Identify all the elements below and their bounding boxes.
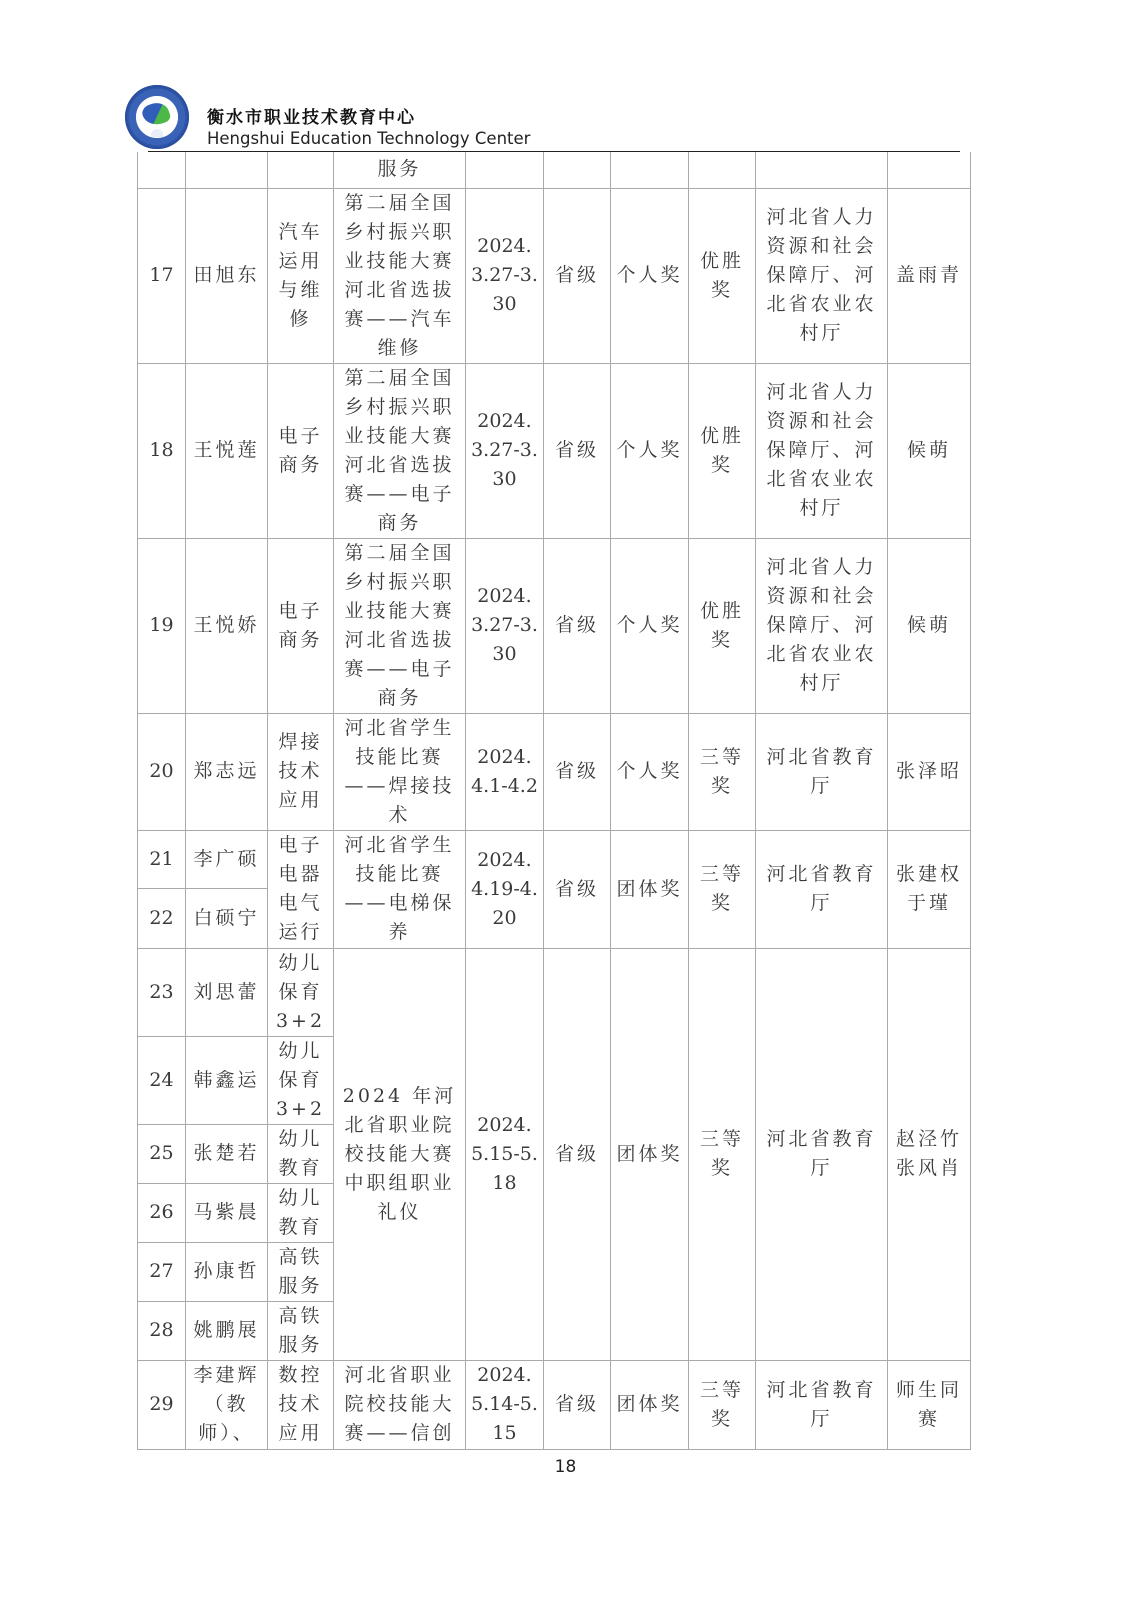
cell-issuer: 河北省教育厅 <box>756 1360 888 1449</box>
organization-name-en: Hengshui Education Technology Center <box>207 129 530 148</box>
cell-no: 17 <box>138 188 186 363</box>
cell-level: 省级 <box>544 188 611 363</box>
cell-competition: 第二届全国乡村振兴职业技能大赛河北省选拔赛——汽车维修 <box>334 188 466 363</box>
cell-date: 2024.5.14-5.15 <box>466 1360 544 1449</box>
cell-issuer: 河北省人力资源和社会保障厅、河北省农业农村厅 <box>756 538 888 713</box>
cell-teacher: 候萌 <box>888 363 971 538</box>
cell-level: 省级 <box>544 713 611 830</box>
cell-date: 2024.5.15-5.18 <box>466 948 544 1360</box>
cell-level: 省级 <box>544 1360 611 1449</box>
cell-major: 幼儿保育3+2 <box>268 948 334 1036</box>
cell-level: 省级 <box>544 538 611 713</box>
cell-level: 省级 <box>544 363 611 538</box>
cell-type <box>611 152 689 188</box>
cell-name: 李广硕 <box>186 830 268 888</box>
cell-competition: 河北省学生技能比赛——电梯保养 <box>334 830 466 948</box>
cell-major: 幼儿教育 <box>268 1183 334 1242</box>
cell-date: 2024.4.1-4.2 <box>466 713 544 830</box>
cell-teacher: 候萌 <box>888 538 971 713</box>
cell-prize: 三等奖 <box>689 713 756 830</box>
cell-date: 2024.3.27-3.30 <box>466 188 544 363</box>
table-row-continued: 服务 <box>138 152 971 188</box>
cell-name: 李建辉（教师）、 <box>186 1360 268 1449</box>
cell-level <box>544 152 611 188</box>
cell-level: 省级 <box>544 948 611 1360</box>
organization-logo-icon <box>125 85 189 149</box>
table-row: 19 王悦娇 电子商务 第二届全国乡村振兴职业技能大赛河北省选拔赛——电子商务 … <box>138 538 971 713</box>
table-row: 18 王悦莲 电子商务 第二届全国乡村振兴职业技能大赛河北省选拔赛——电子商务 … <box>138 363 971 538</box>
cell-prize <box>689 152 756 188</box>
cell-major: 电子电器电气运行 <box>268 830 334 948</box>
cell-no: 19 <box>138 538 186 713</box>
cell-teacher: 张泽昭 <box>888 713 971 830</box>
cell-competition: 河北省学生技能比赛——焊接技术 <box>334 713 466 830</box>
cell-no: 27 <box>138 1242 186 1301</box>
cell-no: 24 <box>138 1036 186 1124</box>
cell-type: 个人奖 <box>611 538 689 713</box>
cell-type: 团体奖 <box>611 948 689 1360</box>
cell-name <box>186 152 268 188</box>
cell-name: 刘思蕾 <box>186 948 268 1036</box>
cell-issuer: 河北省人力资源和社会保障厅、河北省农业农村厅 <box>756 363 888 538</box>
cell-major: 高铁服务 <box>268 1301 334 1360</box>
cell-date <box>466 152 544 188</box>
cell-name: 田旭东 <box>186 188 268 363</box>
cell-type: 团体奖 <box>611 830 689 948</box>
cell-no: 28 <box>138 1301 186 1360</box>
cell-no: 21 <box>138 830 186 888</box>
cell-no: 18 <box>138 363 186 538</box>
cell-no: 29 <box>138 1360 186 1449</box>
table-row: 20 郑志远 焊接技术应用 河北省学生技能比赛——焊接技术 2024.4.1-4… <box>138 713 971 830</box>
cell-type: 个人奖 <box>611 188 689 363</box>
page-header: 衡水市职业技术教育中心 Hengshui Education Technolog… <box>125 85 965 153</box>
cell-major <box>268 152 334 188</box>
table-row: 23 刘思蕾 幼儿保育3+2 2024 年河北省职业院校技能大赛中职组职业礼仪 … <box>138 948 971 1036</box>
logo-gear-icon <box>151 129 163 137</box>
table-row: 29 李建辉（教师）、 数控技术应用 河北省职业院校技能大赛——信创 2024.… <box>138 1360 971 1449</box>
cell-name: 王悦娇 <box>186 538 268 713</box>
cell-prize: 三等奖 <box>689 948 756 1360</box>
cell-competition: 2024 年河北省职业院校技能大赛中职组职业礼仪 <box>334 948 466 1360</box>
cell-teacher: 张建权于瑾 <box>888 830 971 948</box>
cell-no <box>138 152 186 188</box>
cell-date: 2024.3.27-3.30 <box>466 363 544 538</box>
cell-name: 韩鑫运 <box>186 1036 268 1124</box>
cell-prize: 优胜奖 <box>689 363 756 538</box>
awards-table: 服务 17 田旭东 汽车运用与维修 第二届全国乡村振兴职业技能大赛河北省选拔赛—… <box>137 152 971 1450</box>
cell-name: 马紫晨 <box>186 1183 268 1242</box>
cell-issuer: 河北省教育厅 <box>756 948 888 1360</box>
cell-teacher: 盖雨青 <box>888 188 971 363</box>
cell-type: 个人奖 <box>611 713 689 830</box>
cell-prize: 优胜奖 <box>689 188 756 363</box>
cell-major: 电子商务 <box>268 363 334 538</box>
cell-no: 20 <box>138 713 186 830</box>
page-number: 18 <box>0 1457 1131 1477</box>
cell-no: 25 <box>138 1124 186 1183</box>
cell-major: 焊接技术应用 <box>268 713 334 830</box>
cell-major: 幼儿保育3+2 <box>268 1036 334 1124</box>
cell-competition: 第二届全国乡村振兴职业技能大赛河北省选拔赛——电子商务 <box>334 363 466 538</box>
cell-prize: 三等奖 <box>689 1360 756 1449</box>
cell-type: 个人奖 <box>611 363 689 538</box>
table-row: 17 田旭东 汽车运用与维修 第二届全国乡村振兴职业技能大赛河北省选拔赛——汽车… <box>138 188 971 363</box>
cell-no: 22 <box>138 888 186 948</box>
cell-teacher: 师生同赛 <box>888 1360 971 1449</box>
cell-name: 孙康哲 <box>186 1242 268 1301</box>
cell-major: 电子商务 <box>268 538 334 713</box>
cell-issuer: 河北省教育厅 <box>756 830 888 948</box>
cell-date: 2024.4.19-4.20 <box>466 830 544 948</box>
cell-prize: 优胜奖 <box>689 538 756 713</box>
cell-teacher: 赵泾竹张风肖 <box>888 948 971 1360</box>
logo-wing-icon <box>140 99 172 129</box>
cell-major: 高铁服务 <box>268 1242 334 1301</box>
cell-competition: 第二届全国乡村振兴职业技能大赛河北省选拔赛——电子商务 <box>334 538 466 713</box>
cell-teacher <box>888 152 971 188</box>
cell-name: 白硕宁 <box>186 888 268 948</box>
cell-name: 王悦莲 <box>186 363 268 538</box>
cell-name: 郑志远 <box>186 713 268 830</box>
cell-competition: 服务 <box>334 152 466 188</box>
cell-date: 2024.3.27-3.30 <box>466 538 544 713</box>
cell-major: 数控技术应用 <box>268 1360 334 1449</box>
cell-prize: 三等奖 <box>689 830 756 948</box>
organization-name-cn: 衡水市职业技术教育中心 <box>207 103 416 128</box>
cell-level: 省级 <box>544 830 611 948</box>
cell-competition: 河北省职业院校技能大赛——信创 <box>334 1360 466 1449</box>
table-row: 21 李广硕 电子电器电气运行 河北省学生技能比赛——电梯保养 2024.4.1… <box>138 830 971 888</box>
cell-type: 团体奖 <box>611 1360 689 1449</box>
cell-no: 26 <box>138 1183 186 1242</box>
cell-issuer: 河北省人力资源和社会保障厅、河北省农业农村厅 <box>756 188 888 363</box>
cell-name: 姚鹏展 <box>186 1301 268 1360</box>
cell-major: 汽车运用与维修 <box>268 188 334 363</box>
cell-no: 23 <box>138 948 186 1036</box>
cell-name: 张楚若 <box>186 1124 268 1183</box>
cell-issuer: 河北省教育厅 <box>756 713 888 830</box>
cell-issuer <box>756 152 888 188</box>
cell-major: 幼儿教育 <box>268 1124 334 1183</box>
